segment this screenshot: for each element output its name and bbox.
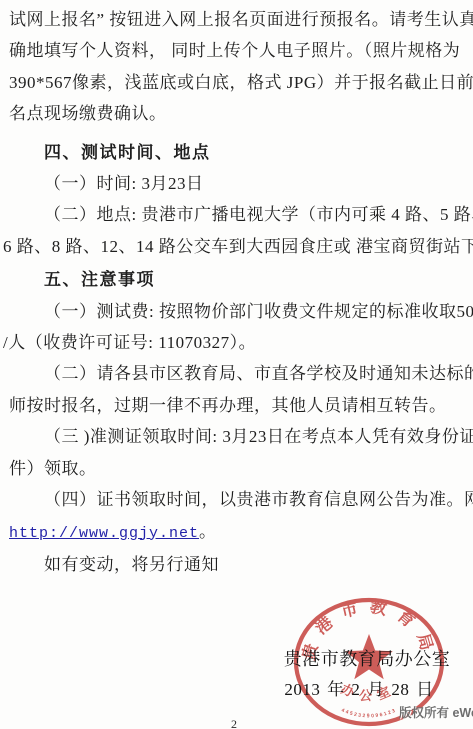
text-line: （二）请各县市区教育局、市直各学校及时通知未达标的教: [9, 358, 468, 389]
text-line: 件）领取。: [9, 453, 468, 484]
text-line: （二）地点: 贵港市广播电视大学（市内可乘 4 路、5 路、: [9, 199, 468, 230]
text-line: 师按时报名，过期一律不再办理，其他人员请相互转告。: [9, 390, 468, 421]
closing-line: 如有变动，将另行通知: [9, 549, 468, 580]
text-line: （三 )准测证领取时间: 3月23日在考点本人凭有效身份证（原: [9, 421, 468, 452]
seal-serial-number: 4452329096123: [340, 707, 397, 719]
scanned-notice-page: 试网上报名” 按钮进入网上报名页面进行预报名。请考生认真准 确地填写个人资料， …: [0, 0, 473, 729]
text-line: 名点现场缴费确认。: [9, 98, 468, 129]
link-suffix: 。: [199, 522, 217, 541]
text-line: 确地填写个人资料， 同时上传个人电子照片。（照片规格为: [9, 35, 468, 66]
section-heading-5: 五、注意事项: [9, 264, 468, 295]
page-number: 2: [231, 717, 237, 729]
text-line: /人（收费许可证号: 11070327）。: [3, 327, 468, 358]
text-line: （一）时间: 3月23日: [9, 168, 468, 199]
website-link-line: http://www.ggjy.net。: [9, 516, 468, 549]
section-heading-4: 四、测试时间、地点: [9, 137, 468, 168]
text-line: （四）证书领取时间，以贵港市教育信息网公告为准。网址:: [9, 484, 468, 515]
text-line: （一）测试费: 按照物价部门收费文件规定的标准收取50元: [9, 296, 468, 327]
document-body: 试网上报名” 按钮进入网上报名页面进行预报名。请考生认真准 确地填写个人资料， …: [9, 4, 468, 580]
copyright-watermark: 版权所有 eWe: [399, 703, 473, 721]
signature-date: 2013 年 2 月 28 日: [279, 675, 439, 700]
svg-text:4452329096123: 4452329096123: [340, 707, 397, 719]
text-line: 6 路、8 路、12、14 路公交车到大西园食庄或 港宝商贸街站下车）。: [3, 231, 468, 262]
text-line: 390*567像素，浅蓝底或白底，格式 JPG）并于报名截止日前到报: [9, 67, 468, 98]
signature-organization: 贵港市教育局办公室: [276, 645, 458, 671]
website-link[interactable]: http://www.ggjy.net: [9, 525, 199, 542]
text-line: 试网上报名” 按钮进入网上报名页面进行预报名。请考生认真准: [9, 4, 468, 35]
